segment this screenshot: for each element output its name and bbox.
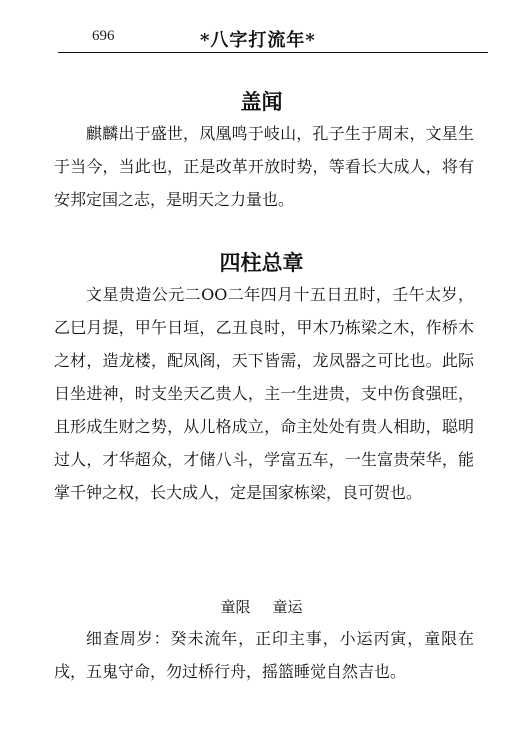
section-title-tongxian: 童限童运 xyxy=(0,596,523,617)
page-header: 696 *八字打流年* xyxy=(58,26,488,54)
page-number: 696 xyxy=(92,28,115,45)
section-body-gaiwen: 麒麟出于盛世，凤凰鸣于岐山，孔子生于周末，文星生于当今，当此也，正是改革开放时势… xyxy=(54,117,474,216)
subtitle-tongyun: 童运 xyxy=(273,598,303,616)
section-title-sizhu: 四柱总章 xyxy=(0,247,523,277)
running-title: *八字打流年* xyxy=(200,26,316,52)
section-body-tongxian: 细查周岁：癸未流年，正印主事，小运丙寅，童限在戌，五鬼守命，勿过桥行舟，摇篮睡觉… xyxy=(54,622,474,688)
section-body-sizhu: 文星贵造公元二OO二年四月十五日丑时，壬午太岁，乙巳月提，甲午日垣，乙丑良时，甲… xyxy=(54,278,474,509)
section-title-gaiwen: 盖闻 xyxy=(0,86,523,116)
subtitle-tongxian: 童限 xyxy=(220,598,250,616)
header-rule xyxy=(58,52,488,53)
